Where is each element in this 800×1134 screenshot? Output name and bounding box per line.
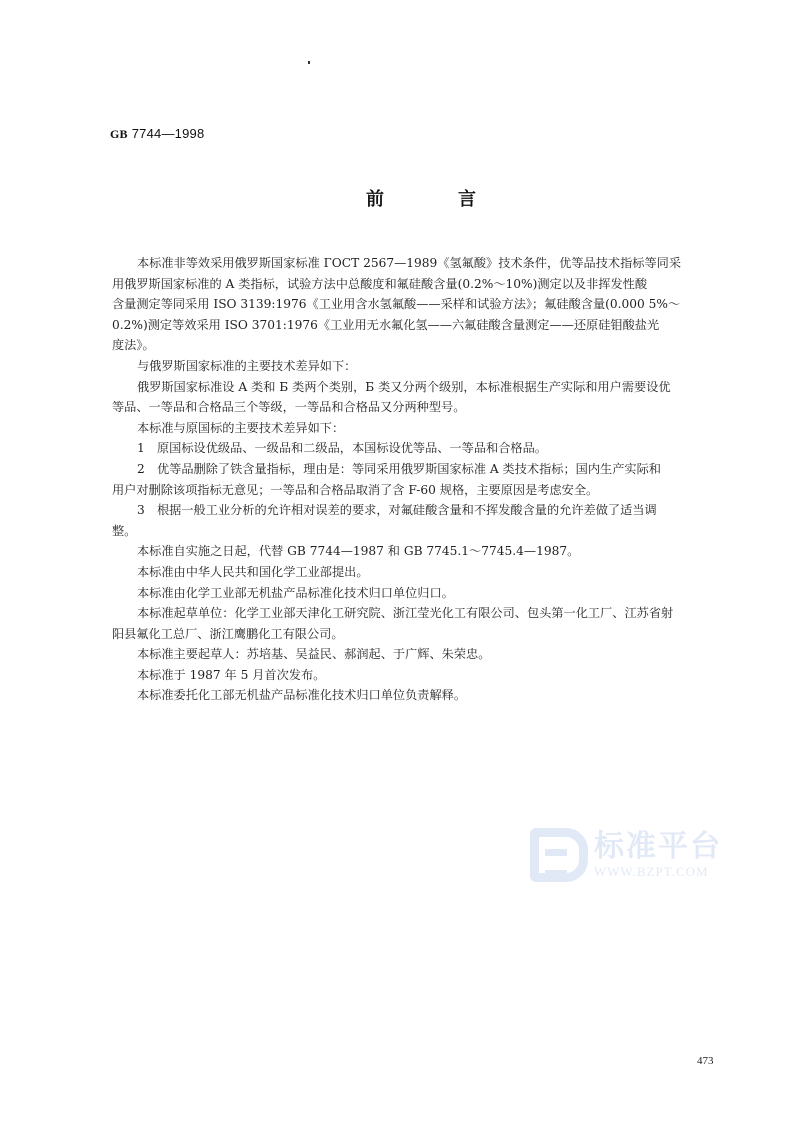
text-line: 度法》。 — [112, 335, 710, 356]
text-line: 本标准自实施之日起，代替 GB 7744—1987 和 GB 7745.1～77… — [112, 541, 710, 562]
list-item-3: 3 根据一般工业分析的允许相对误差的要求，对氟硅酸含量和不挥发酸含量的允许差做了… — [112, 500, 710, 521]
text-line: 本标准由化学工业部无机盐产品标准化技术归口单位归口。 — [112, 583, 710, 604]
page-number: 473 — [697, 1055, 714, 1067]
text-line: 本标准于 1987 年 5 月首次发布。 — [112, 665, 710, 686]
standard-prefix: GB — [110, 127, 128, 141]
watermark: 标准平台 WWW.BZPT.COM — [530, 828, 722, 882]
foreword-body: 本标准非等效采用俄罗斯国家标准 ГОСТ 2567—1989《氢氟酸》技术条件，… — [112, 253, 710, 706]
text-line: 本标准委托化工部无机盐产品标准化技术归口单位负责解释。 — [112, 685, 710, 706]
text-line: 本标准与原国标的主要技术差异如下： — [112, 418, 710, 439]
text-line: 0.2%)测定等效采用 ISO 3701:1976《工业用无水氟化氢——六氟硅酸… — [112, 315, 710, 336]
watermark-title: 标准平台 — [594, 830, 722, 864]
text-line: 本标准非等效采用俄罗斯国家标准 ГОСТ 2567—1989《氢氟酸》技术条件，… — [112, 253, 710, 274]
text-line: 等品、一等品和合格品三个等级，一等品和合格品又分两种型号。 — [112, 397, 710, 418]
bzpt-logo-icon — [530, 828, 588, 882]
scan-speck — [308, 61, 310, 64]
text-line: 本标准起草单位：化学工业部天津化工研究院、浙江莹光化工有限公司、包头第一化工厂、… — [112, 603, 710, 624]
watermark-url: WWW.BZPT.COM — [594, 864, 722, 880]
title-char-1: 前 — [366, 185, 384, 211]
list-item-1: 1 原国标设优级品、一级品和二级品，本国标设优等品、一等品和合格品。 — [112, 438, 710, 459]
text-line: 俄罗斯国家标准设 A 类和 Б 类两个类别，Б 类又分两个级别，本标准根据生产实… — [112, 377, 710, 398]
text-line: 本标准由中华人民共和国化学工业部提出。 — [112, 562, 710, 583]
text-line: 用俄罗斯国家标准的 A 类指标，试验方法中总酸度和氟硅酸含量(0.2%～10%)… — [112, 274, 710, 295]
text-line: 含量测定等同采用 ISO 3139:1976《工业用含水氢氟酸——采样和试验方法… — [112, 294, 710, 315]
text-line: 整。 — [112, 521, 710, 542]
page-title: 前 言 — [366, 185, 476, 211]
standard-number: 7744—1998 — [132, 126, 205, 141]
text-line: 用户对删除该项指标无意见；一等品和合格品取消了含 F-60 规格，主要原因是考虑… — [112, 480, 710, 501]
text-line: 阳县氟化工总厂、浙江鹰鹏化工有限公司。 — [112, 624, 710, 645]
text-line: 与俄罗斯国家标准的主要技术差异如下： — [112, 356, 710, 377]
standard-code: GB7744—1998 — [110, 126, 204, 142]
title-char-2: 言 — [458, 185, 476, 211]
list-item-2: 2 优等品删除了铁含量指标，理由是：等同采用俄罗斯国家标准 A 类技术指标；国内… — [112, 459, 710, 480]
text-line: 本标准主要起草人：苏培基、吴益民、郝润起、于广辉、朱荣忠。 — [112, 644, 710, 665]
